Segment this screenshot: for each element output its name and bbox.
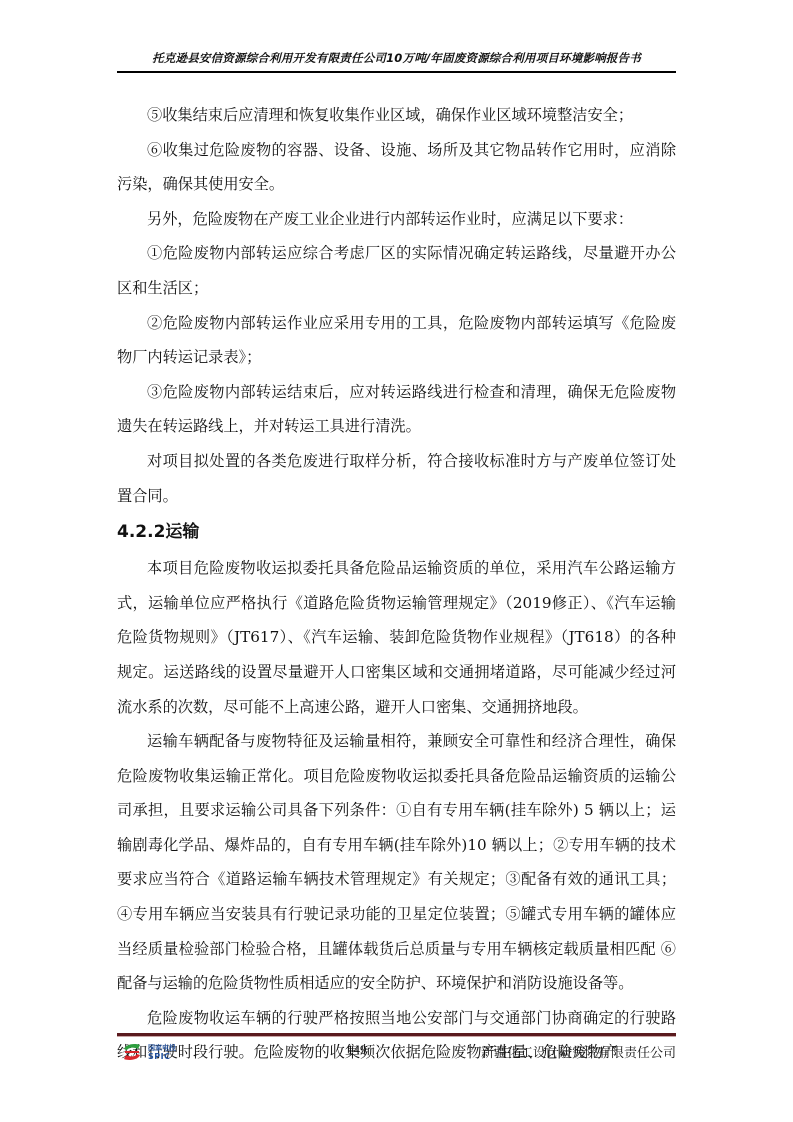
logo-wordmark: 国家电投 SPIC [148,1044,176,1061]
footer-rule [117,1033,676,1037]
document-body: ⑤收集结束后应清理和恢复收集作业区域，确保作业区域环境整洁安全； ⑥收集过危险废… [117,98,676,1070]
paragraph: 对项目拟处置的各类危废进行取样分析，符合接收标准时方与产废单位签订处置合同。 [117,444,676,513]
page-number: 149 [347,1042,367,1058]
logo-chinese-name: 国家电投 [148,1044,176,1052]
page-footer: 国家电投 SPIC 149 新疆化工设计研究院有限责任公司 [117,1040,676,1066]
footer-organization: 新疆化工设计研究院有限责任公司 [481,1042,676,1061]
paragraph: ⑤收集结束后应清理和恢复收集作业区域，确保作业区域环境整洁安全； [117,98,676,133]
paragraph: ③危险废物内部转运结束后，应对转运路线进行检查和清理，确保无危险废物遗失在转运路… [117,375,676,444]
section-heading: 4.2.2运输 [117,513,676,551]
paragraph: ⑥收集过危险废物的容器、设备、设施、场所及其它物品转作它用时，应消除污染，确保其… [117,133,676,202]
paragraph: 运输车辆配备与废物特征及运输量相符，兼顾安全可靠性和经济合理性，确保危险废物收集… [117,724,676,1001]
spic-logo-icon [121,1042,143,1062]
spic-logo: 国家电投 SPIC [121,1042,176,1062]
paragraph: ②危险废物内部转运作业应采用专用的工具，危险废物内部转运填写《危险废物厂内转运记… [117,306,676,375]
header-rule [117,71,676,73]
logo-english-name: SPIC [148,1053,176,1061]
paragraph: 另外，危险废物在产废工业企业进行内部转运作业时，应满足以下要求： [117,202,676,237]
paragraph: 本项目危险废物收运拟委托具备危险品运输资质的单位，采用汽车公路运输方式，运输单位… [117,551,676,724]
running-header: 托克逊县安信资源综合利用开发有限责任公司10万吨/年固废资源综合利用项目环境影响… [117,50,676,66]
paragraph: ①危险废物内部转运应综合考虑厂区的实际情况确定转运路线，尽量避开办公区和生活区； [117,236,676,305]
